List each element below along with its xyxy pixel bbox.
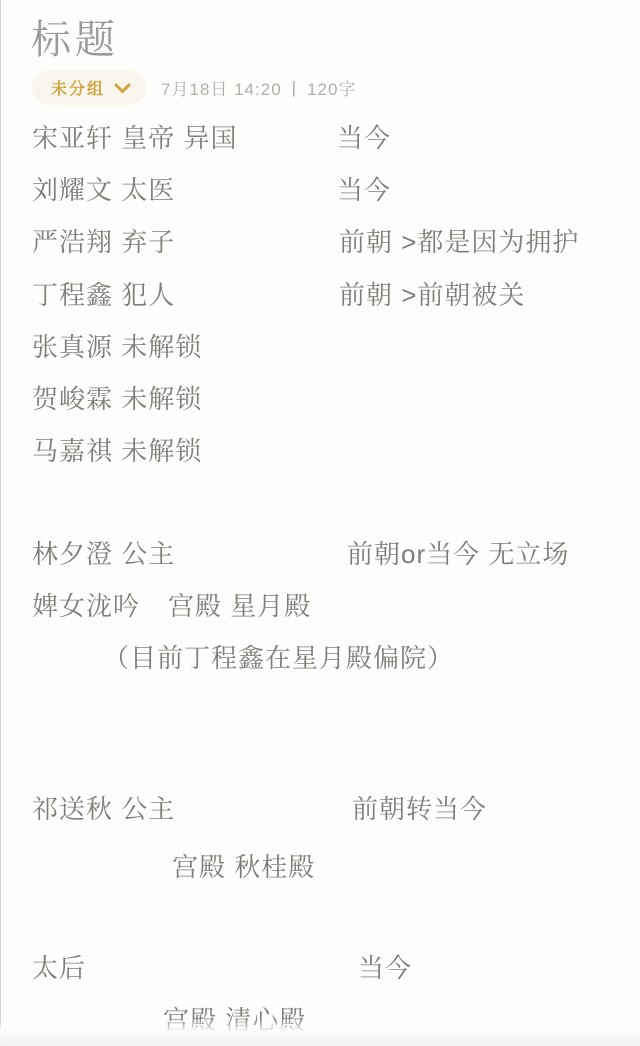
note-text-segment: 前朝转当今	[352, 792, 487, 826]
note-text-segment: 宫殿 秋桂殿	[172, 850, 315, 884]
note-text-segment: （目前丁程鑫在星月殿偏院）	[103, 641, 454, 675]
note-text-segment: 前朝 >都是因为拥护	[339, 225, 579, 259]
note-text-segment: 严浩翔 弃子	[32, 225, 175, 259]
note-text-segment: 太后	[32, 951, 86, 985]
note-text-segment: 祁送秋 公主	[32, 792, 175, 826]
note-text-segment: 贺峻霖 未解锁	[32, 382, 202, 416]
note-text-segment: 当今	[358, 951, 412, 985]
note-text-segment: 当今	[337, 121, 391, 155]
note-text-segment: 前朝or当今 无立场	[347, 537, 569, 571]
note-text-segment: 当今	[337, 173, 391, 207]
note-body-editor[interactable]: 宋亚轩 皇帝 异国 当今 刘耀文 太医 当今 严浩翔 弃子 前朝 >都是因为拥护…	[0, 0, 640, 1046]
note-text-segment: 婢女泷吟	[32, 589, 140, 623]
note-text-segment: 刘耀文 太医	[32, 173, 175, 207]
note-text-segment: 宫殿 星月殿	[168, 589, 311, 623]
note-text-segment: 张真源 未解锁	[32, 330, 202, 364]
note-text-segment: 丁程鑫 犯人	[32, 278, 175, 312]
note-text-segment: 前朝 >前朝被关	[339, 278, 525, 312]
note-text-segment: 宫殿 清心殿	[163, 1003, 306, 1037]
note-text-segment: 马嘉祺 未解锁	[32, 434, 202, 468]
note-text-segment: 林夕澄 公主	[32, 537, 175, 571]
note-text-segment: 宋亚轩 皇帝 异国	[32, 121, 237, 155]
note-page: 标题 未分组 7月18日 14:20 | 120字 宋亚轩 皇帝 异国 当今 刘…	[0, 0, 640, 1046]
